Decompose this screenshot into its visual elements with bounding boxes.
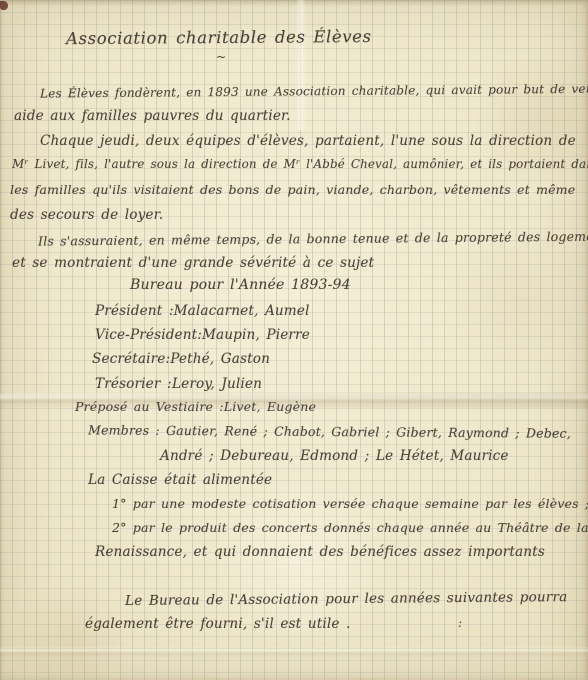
officer-role: Secrétaire: (92, 351, 170, 367)
officer-role: Trésorier : (95, 376, 172, 392)
officer-row-secretaire: Secrétaire:Pethé, Gaston (92, 351, 270, 367)
officer-name: Malacarnet, Aumel (174, 303, 310, 319)
caisse-item2: 2° par le produit des concerts donnés ch… (112, 520, 588, 535)
officer-name: Livet, Eugène (224, 399, 316, 414)
bottom-fold-crease (0, 646, 588, 658)
officer-name: Pethé, Gaston (170, 351, 270, 367)
caisse-item3: Renaissance, et qui donnaient des bénéfi… (95, 544, 545, 560)
paragraph2-line4: des secours de loyer. (10, 207, 163, 223)
bureau-heading: Bureau pour l'Année 1893-94 (130, 277, 351, 293)
stray-ink-mark: : (458, 616, 462, 630)
document-title: Association charitable des Élèves (66, 27, 372, 48)
paragraph2-line1: Chaque jeudi, deux équipes d'élèves, par… (40, 133, 576, 149)
handwritten-document-page: Association charitable des Élèves ~ Les … (0, 0, 588, 680)
title-underline-mark: ~ (216, 50, 226, 64)
officer-row-vestiaire: Préposé au Vestiaire :Livet, Eugène (75, 399, 316, 414)
caisse-item1: 1° par une modeste cotisation versée cha… (112, 496, 588, 511)
officer-role: Président : (95, 303, 174, 319)
officer-role: Vice-Président: (95, 327, 202, 343)
officer-name: Leroy, Julien (172, 376, 262, 392)
vertical-crease (296, 0, 306, 130)
caisse-heading: La Caisse était alimentée (88, 472, 272, 488)
members-line2: André ; Debureau, Edmond ; Le Hétet, Mau… (160, 448, 509, 464)
paragraph2-line3: les familles qu'ils visitaient des bons … (10, 182, 575, 197)
officer-name: Maupin, Pierre (202, 327, 310, 343)
officer-row-president: Président :Malacarnet, Aumel (95, 303, 310, 319)
paragraph1-line2: aide aux familles pauvres du quartier. (14, 108, 291, 124)
paragraph2-line2: Mʳ Livet, fils, l'autre sous la directio… (12, 157, 588, 171)
paragraph3-line2: et se montraient d'une grande sévérité à… (12, 255, 374, 271)
officer-row-tresorier: Trésorier :Leroy, Julien (95, 376, 262, 392)
closing-line2: également être fourni, s'il est utile . (85, 616, 351, 632)
officer-row-vice-president: Vice-Président:Maupin, Pierre (95, 327, 310, 343)
officer-role: Préposé au Vestiaire : (75, 399, 224, 414)
corner-ink-spot (0, 1, 8, 10)
